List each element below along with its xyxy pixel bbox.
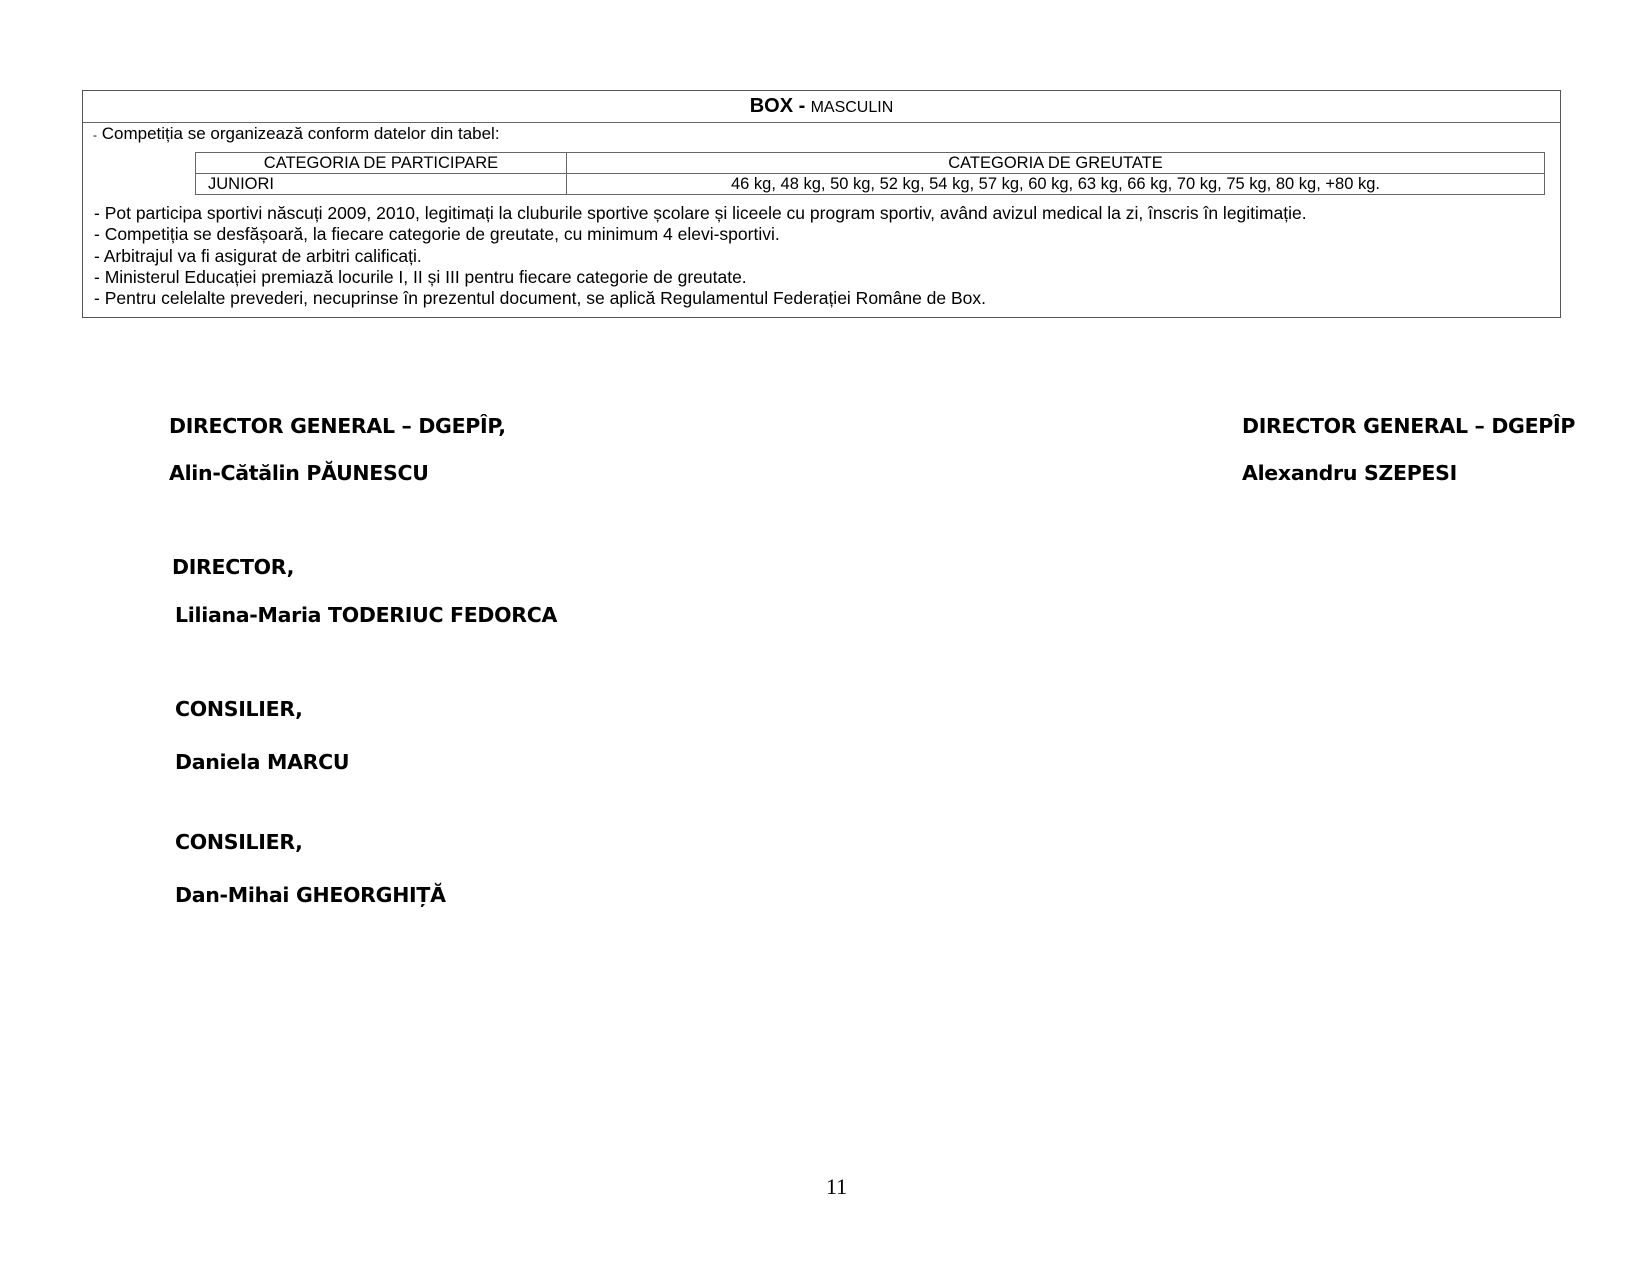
signature-title: DIRECTOR, <box>172 555 294 579</box>
table-cell: 46 kg, 48 kg, 50 kg, 52 kg, 54 kg, 57 kg… <box>567 174 1545 195</box>
weight-category-table: CATEGORIA DE PARTICIPARE CATEGORIA DE GR… <box>195 152 1545 195</box>
rules-list: - Pot participa sportivi născuți 2009, 2… <box>94 203 1307 309</box>
signature-title: DIRECTOR GENERAL – DGEPÎP <box>1242 414 1575 438</box>
rule-item: - Ministerul Educației premiază locurile… <box>94 267 1307 288</box>
rule-item: - Pentru celelalte prevederi, necuprinse… <box>94 288 1307 309</box>
page-number: 11 <box>826 1174 847 1200</box>
signature-name: Alin-Cătălin PĂUNESCU <box>169 461 429 485</box>
signature-title: CONSILIER, <box>175 697 303 721</box>
signature-name: Alexandru SZEPESI <box>1242 461 1457 485</box>
signature-name: Liliana-Maria TODERIUC FEDORCA <box>175 603 557 627</box>
section-title-main: BOX - <box>750 95 806 117</box>
signature-title: DIRECTOR GENERAL – DGEPÎP, <box>169 414 506 438</box>
table-row: JUNIORI 46 kg, 48 kg, 50 kg, 52 kg, 54 k… <box>196 174 1545 195</box>
signature-name: Daniela MARCU <box>175 750 349 774</box>
table-cell: JUNIORI <box>196 174 567 195</box>
table-header-cell: CATEGORIA DE PARTICIPARE <box>196 153 567 174</box>
signature-title: CONSILIER, <box>175 830 303 854</box>
competition-rules-box: BOX - MASCULIN - Competiția se organizea… <box>82 90 1561 318</box>
section-title: BOX - MASCULIN <box>83 91 1560 123</box>
table-header-cell: CATEGORIA DE GREUTATE <box>567 153 1545 174</box>
rule-item: - Competiția se desfășoară, la fiecare c… <box>94 224 1307 245</box>
intro-text: - Competiția se organizează conform date… <box>93 123 500 146</box>
section-title-sub: MASCULIN <box>811 99 894 116</box>
signature-name: Dan-Mihai GHEORGHIȚĂ <box>175 883 446 907</box>
table-header-row: CATEGORIA DE PARTICIPARE CATEGORIA DE GR… <box>196 153 1545 174</box>
rule-item: - Arbitrajul va fi asigurat de arbitri c… <box>94 246 1307 267</box>
rule-item: - Pot participa sportivi născuți 2009, 2… <box>94 203 1307 224</box>
